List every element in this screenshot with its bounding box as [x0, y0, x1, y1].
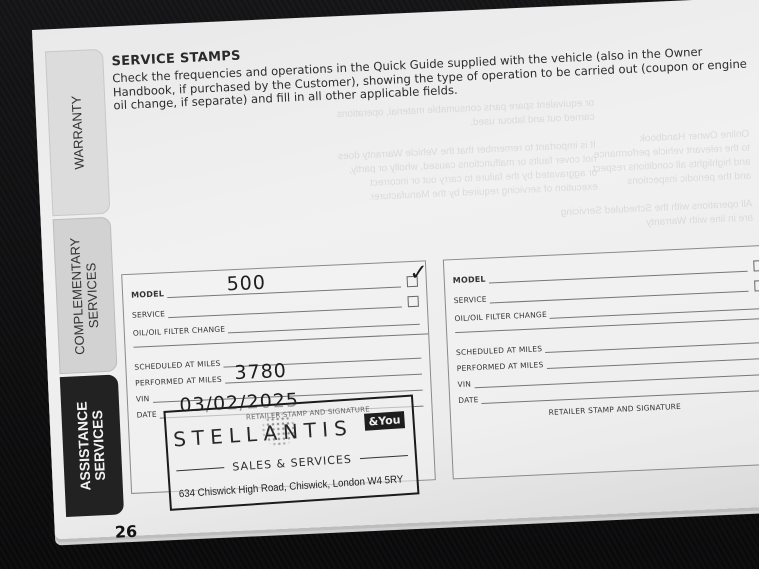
stamp-sales-line: SALES & SERVICES — [169, 449, 415, 478]
tab-warranty-label: WARRANTY — [69, 95, 87, 170]
field-service-label: SERVICE — [132, 309, 165, 319]
field-oil-filter-label: OIL/OIL FILTER CHANGE — [454, 310, 547, 323]
field-date-label: DATE — [136, 410, 157, 420]
field-model-value: 500 — [226, 272, 266, 296]
field-model-label: MODEL — [453, 275, 486, 285]
field-performed-miles-label: PERFORMED AT MILES — [135, 375, 222, 388]
stamp-sales-text: SALES & SERVICES — [232, 453, 352, 474]
checkmark-icon: ✓ — [409, 262, 429, 285]
stamp-address: 634 Chiswick High Road, Chiswick, London… — [179, 473, 404, 500]
field-performed-miles-label: PERFORMED AT MILES — [457, 360, 544, 373]
field-date-label: DATE — [458, 395, 479, 405]
service-checkbox[interactable] — [754, 280, 759, 291]
rule-right — [360, 455, 408, 459]
model-checkbox[interactable] — [753, 260, 759, 271]
field-vin-label: VIN — [136, 394, 150, 404]
field-scheduled-miles-label: SCHEDULED AT MILES — [134, 359, 221, 372]
field-model-label: MODEL — [131, 289, 164, 299]
bleed-through-text: or equivalent spare parts consumable mat… — [336, 97, 598, 207]
tab-warranty[interactable]: WARRANTY — [45, 49, 110, 216]
field-scheduled-miles-label: SCHEDULED AT MILES — [456, 344, 543, 357]
field-vin-label: VIN — [457, 379, 471, 389]
tab-assistance-services-label: ASSISTANCE SERVICES — [75, 400, 109, 490]
service-booklet-page: or equivalent spare parts consumable mat… — [32, 0, 759, 539]
rule-left — [176, 467, 224, 471]
stamp-badge: &You — [364, 411, 405, 431]
page-number: 26 — [114, 522, 137, 542]
field-service-label: SERVICE — [454, 295, 487, 305]
service-checkbox[interactable] — [407, 296, 418, 307]
tab-complementary-services-label: COMPLEMENTARY SERVICES — [67, 236, 102, 355]
stamp-brand: STELLANTIS — [173, 416, 354, 452]
bleed-through-text: Online Owner Handbook to the relevant ve… — [557, 128, 753, 235]
field-oil-filter[interactable]: OIL/OIL FILTER CHANGE — [133, 316, 420, 338]
model-checkbox[interactable]: ✓ — [407, 276, 418, 287]
field-oil-filter-label: OIL/OIL FILTER CHANGE — [133, 325, 226, 338]
field-performed-miles-value: 3780 — [234, 360, 287, 384]
tab-assistance-services[interactable]: ASSISTANCE SERVICES — [60, 374, 124, 516]
service-coupon-2: MODEL SERVICE OIL/OIL FILTER CHANGE SCHE… — [443, 245, 759, 480]
tab-complementary-services[interactable]: COMPLEMENTARY SERVICES — [53, 217, 118, 374]
field-model[interactable]: MODEL 500 ✓ — [131, 276, 418, 300]
retailer-stamp: RETAILER STAMP AND SIGNATURE STELLANTIS … — [163, 394, 419, 510]
field-service[interactable]: SERVICE — [132, 296, 419, 320]
